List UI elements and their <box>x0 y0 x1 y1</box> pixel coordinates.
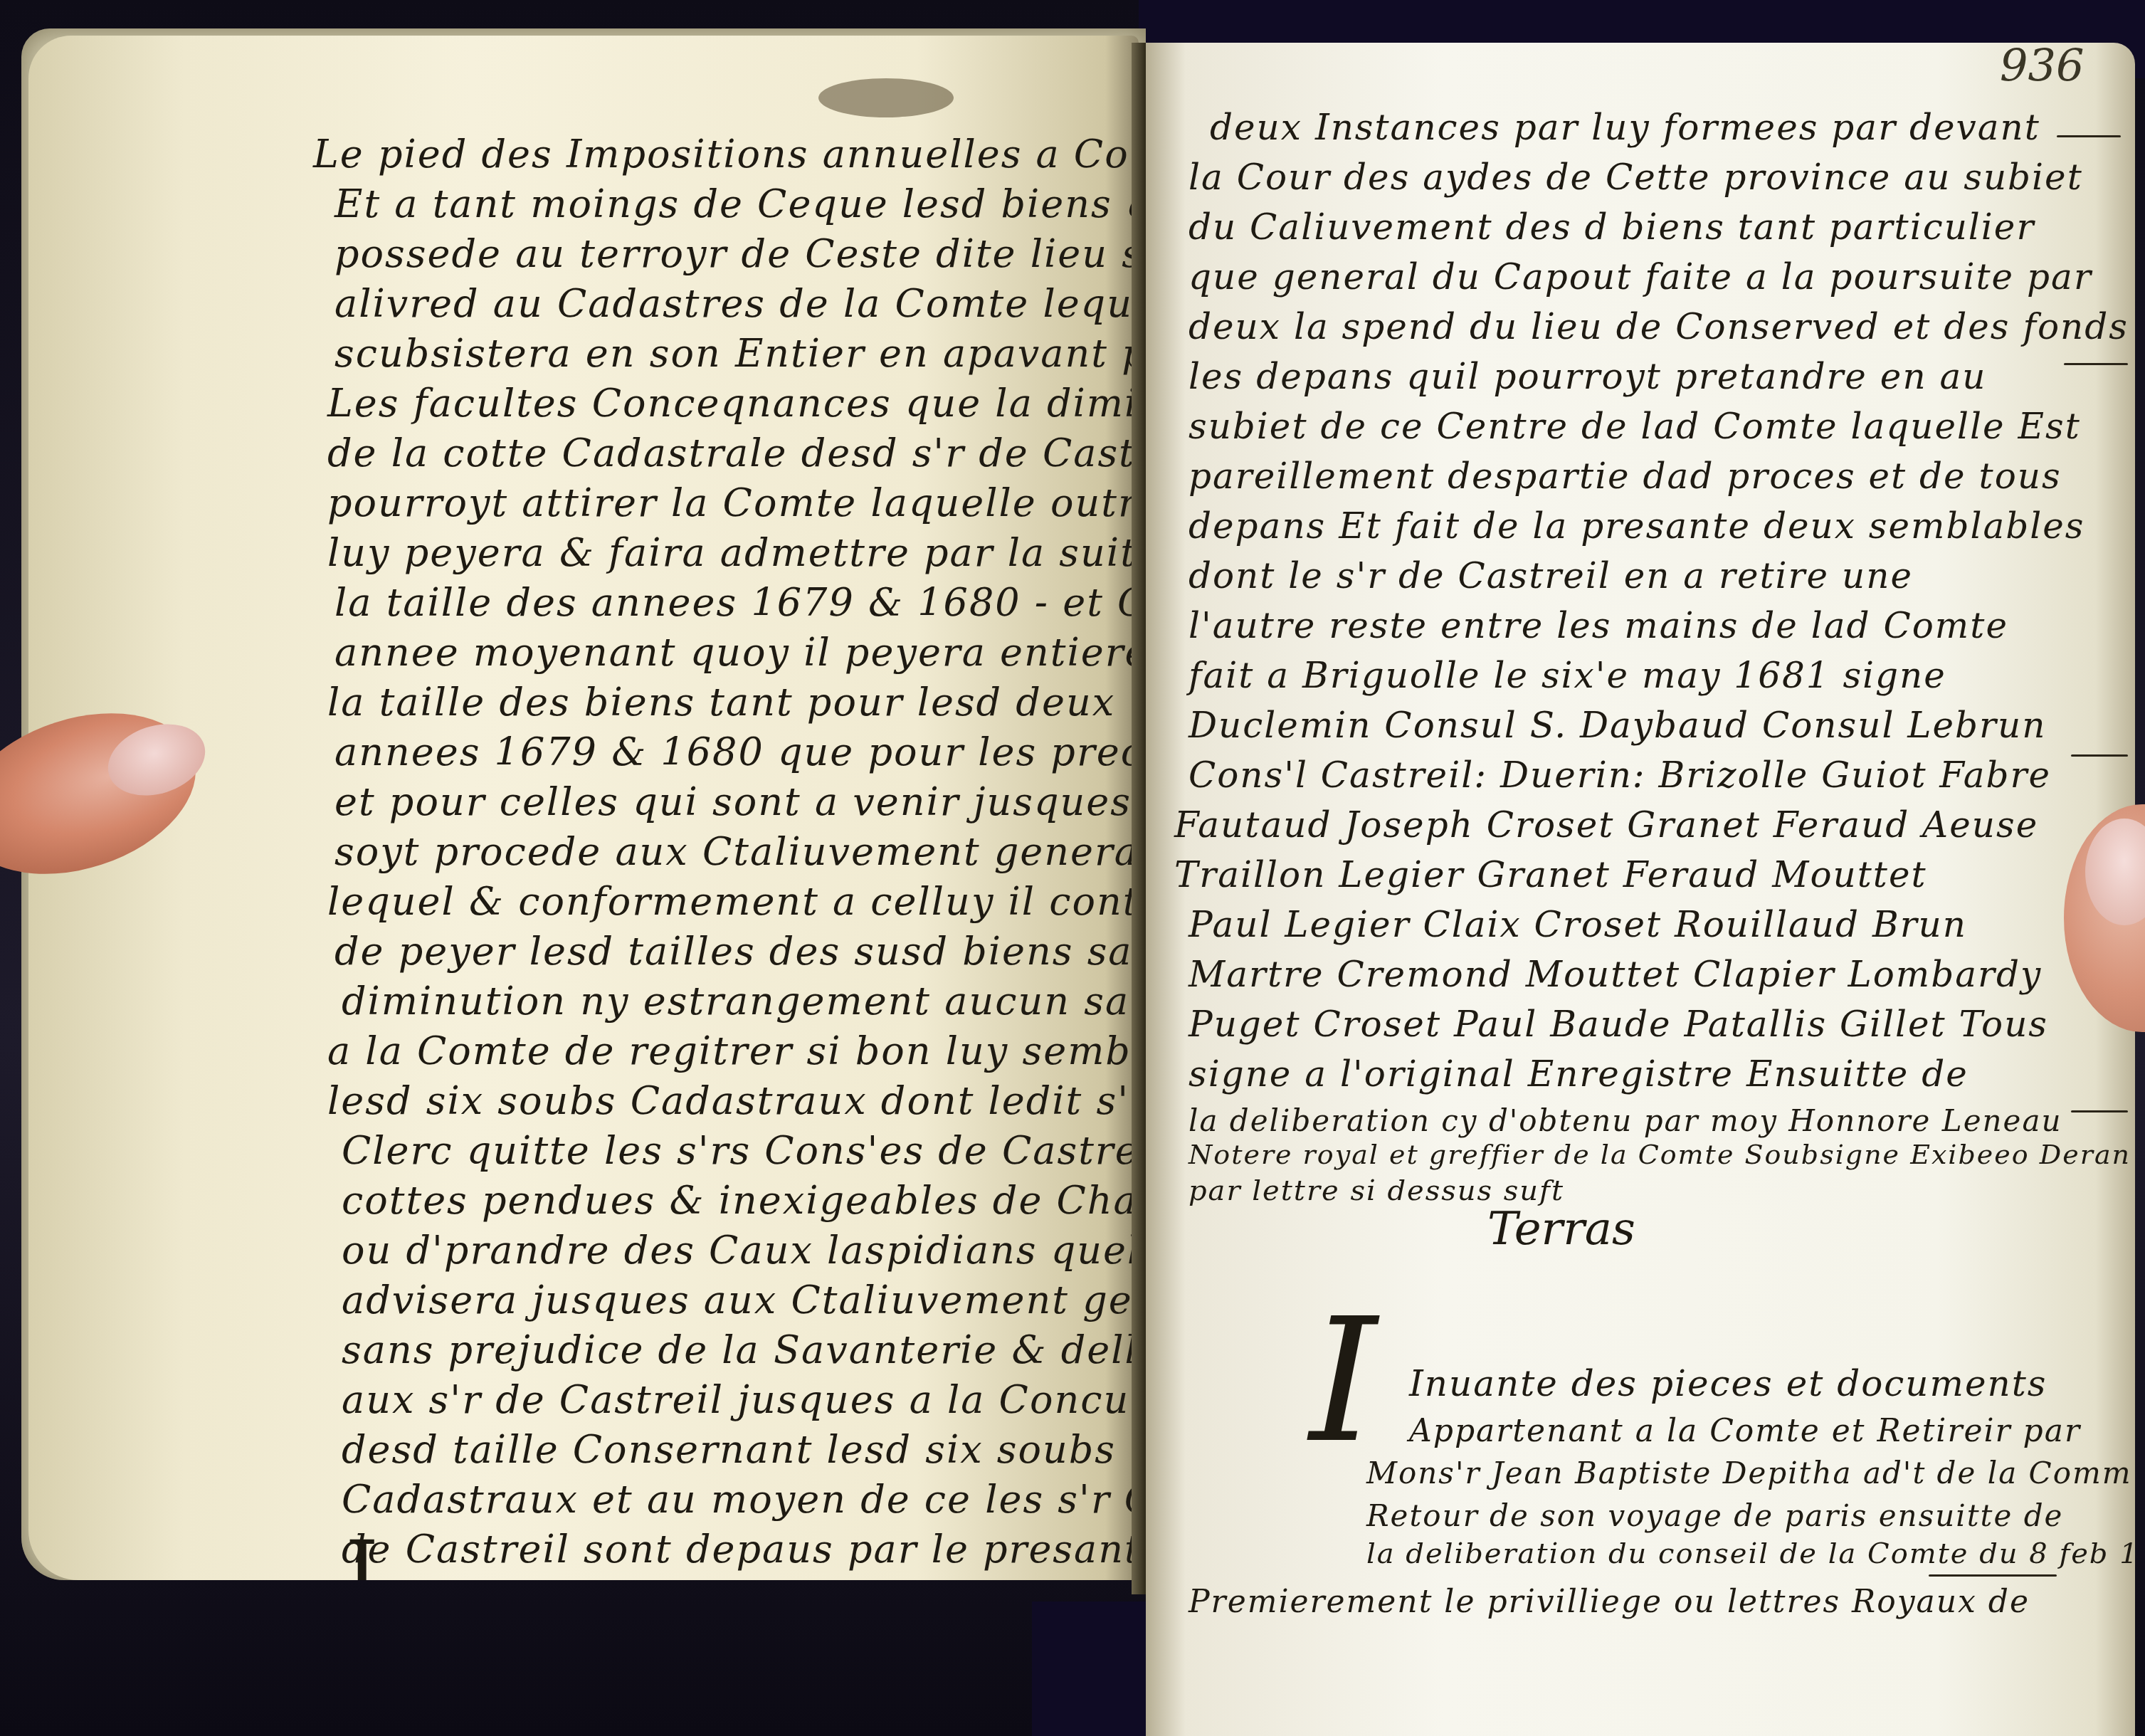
manuscript-line: deux la spend du lieu de Conserved et de… <box>1189 306 2129 347</box>
manuscript-line: Fautaud Joseph Croset Granet Feraud Aeus… <box>1174 804 2038 846</box>
manuscript-line: depans Et fait de la presante deux sembl… <box>1189 505 2085 547</box>
bottom-margin-mark: L <box>345 1523 402 1580</box>
line-filler-dash <box>2071 754 2128 757</box>
manuscript-line: Puget Croset Paul Baude Patallis Gillet … <box>1189 1004 2048 1045</box>
manuscript-line: du Caliuvement des d biens tant particul… <box>1189 206 2035 248</box>
manuscript-line: Et a tant moings de Ceque lesd biens qui <box>334 182 1139 226</box>
manuscript-line: subiet de ce Centre de lad Comte laquell… <box>1189 406 2081 447</box>
line-filler-dash <box>2064 363 2128 365</box>
manuscript-line: la Cour des aydes de Cette province au s… <box>1189 157 2083 198</box>
manuscript-line: alivred au Cadastres de la Comte lequel … <box>334 281 1139 326</box>
manuscript-line: signe a l'original Enregistre Ensuitte d… <box>1189 1053 1969 1095</box>
manuscript-line: desd taille Consernant lesd six soubs <box>342 1427 1116 1472</box>
left-page: Le pied des Impositions annuelles a Comp… <box>28 36 1139 1580</box>
manuscript-line: de la cotte Cadastrale desd s'r de Castr… <box>327 431 1139 475</box>
manuscript-line: Cons'l Castreil: Duerin: Brizolle Guiot … <box>1189 754 2051 796</box>
decorative-initial: I <box>1309 1281 1377 1480</box>
manuscript-line: fait a Briguolle le six'e may 1681 signe <box>1189 655 1946 696</box>
manuscript-line: de Castreil sont depaus par le presante <box>342 1527 1139 1572</box>
torn-paper-hole <box>818 78 954 117</box>
manuscript-line: Les facultes Conceqnances que la diminut… <box>327 381 1139 426</box>
manuscript-line: la taille des annees 1679 & 1680 - et Ch… <box>334 580 1139 625</box>
line-filler-dash <box>2071 1110 2128 1112</box>
manuscript-line: Traillon Legier Granet Feraud Mouttet <box>1174 854 1927 895</box>
manuscript-line: et pour celles qui sont a venir jusques … <box>334 779 1139 824</box>
manuscript-line: que general du Capout faite a la poursui… <box>1189 256 2092 298</box>
manuscript-line: Martre Cremond Mouttet Clapier Lombardy <box>1189 954 2042 995</box>
manuscript-line: soyt procede aux Ctaliuvement general ap… <box>334 829 1139 874</box>
manuscript-line: lequel & conformement a celluy il contin… <box>327 879 1139 924</box>
manuscript-line: Inuante des pieces et documents <box>1409 1363 2047 1404</box>
manuscript-line: Duclemin Consul S. Daybaud Consul Lebrun <box>1189 705 2046 746</box>
manuscript-line: Cadastraux et au moyen de ce les s'r Con… <box>342 1477 1139 1522</box>
manuscript-line: Clerc quitte les s'rs Cons'es de Castrei… <box>342 1128 1139 1173</box>
manuscript-line: pareillement despartie dad proces et de … <box>1189 456 2062 497</box>
manuscript-line: Le pied des Impositions annuelles a Comp… <box>313 132 1139 177</box>
margin-note-line: Premierement le privilliege ou lettres R… <box>1189 1584 2030 1620</box>
manuscript-line: aux s'r de Castreil jusques a la Concura… <box>342 1377 1139 1422</box>
manuscript-line: sans prejudice de la Savanterie & dellen… <box>342 1327 1139 1372</box>
manuscript-line: de peyer lesd tailles des susd biens san… <box>334 929 1139 974</box>
manuscript-line: la taille des biens tant pour lesd deux <box>327 680 1115 725</box>
manuscript-line: annees 1679 & 1680 que pour les precedan… <box>334 730 1139 774</box>
manuscript-line: Retour de son voyage de paris ensuitte d… <box>1366 1498 2063 1533</box>
manuscript-line: la deliberation du conseil de la Comte d… <box>1366 1537 2135 1570</box>
manuscript-line: possede au terroyr de Ceste dite lieu se… <box>334 231 1139 276</box>
manuscript-line: deux Instances par luy formees par devan… <box>1210 107 2040 148</box>
line-filler-dash <box>2057 135 2121 137</box>
manuscript-line: ou d'prandre des Caux laspidians quelle <box>342 1228 1139 1273</box>
manuscript-line: Paul Legier Claix Croset Rouillaud Brun <box>1189 904 1967 945</box>
manuscript-line: la deliberation cy d'obtenu par moy Honn… <box>1189 1103 2062 1138</box>
manuscript-line: a la Comte de regitrer si bon luy semble <box>327 1029 1139 1073</box>
manuscript-line: annee moyenant quoy il peyera entieremen… <box>334 630 1139 675</box>
manuscript-line: Notere royal et greffier de la Comte Sou… <box>1189 1139 2131 1170</box>
manuscript-line: scubsistera en son Entier en apavant pou… <box>334 331 1139 376</box>
folio-number: 936 <box>2000 39 2084 91</box>
manuscript-line: luy peyera & faira admettre par la suite… <box>327 530 1139 575</box>
signature-terras: Terras <box>1487 1203 1635 1256</box>
manuscript-line: cottes pendues & inexigeables de Chaune … <box>342 1178 1139 1223</box>
manuscript-line: pourroyt attirer la Comte laquelle outre <box>327 480 1139 525</box>
manuscript-line: diminution ny estrangement aucun sauf <box>342 979 1139 1024</box>
manuscript-line: l'autre reste entre les mains de lad Com… <box>1189 605 2008 646</box>
manuscript-line: Mons'r Jean Baptiste Depitha ad't de la … <box>1366 1456 2135 1490</box>
right-page: deux Instances par luy formees par devan… <box>1146 43 2135 1736</box>
manuscript-line: advisera jusques aux Ctaliuvement genera… <box>342 1278 1139 1322</box>
manuscript-line: les depans quil pourroyt pretandre en au <box>1189 356 1987 397</box>
manuscript-line: dont le s'r de Castreil en a retire une <box>1189 555 1913 596</box>
manuscript-line: Appartenant a la Comte et Retireir par <box>1409 1413 2081 1449</box>
date-underline <box>1929 1574 2057 1577</box>
manuscript-line: lesd six soubs Cadastraux dont ledit s'r… <box>327 1078 1139 1123</box>
